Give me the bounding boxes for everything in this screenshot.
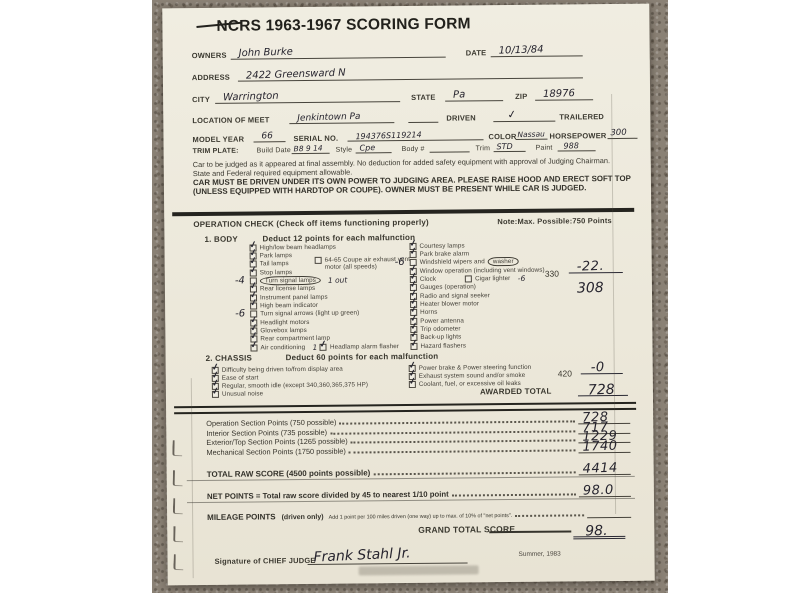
checkbox: [250, 344, 257, 351]
model-year-label: MODEL YEAR: [192, 135, 244, 144]
date-field: 10/13/84: [491, 42, 583, 57]
horsepower-value: 300: [610, 128, 627, 138]
awarded-total-label: AWARDED TOTAL: [480, 387, 552, 397]
address-label: ADDRESS: [192, 73, 230, 82]
margin-pen-mark: [172, 440, 182, 456]
trim-value: STD: [496, 142, 512, 151]
mileage-points-row: MILEAGE POINTS(driven only)Add 1 point p…: [207, 504, 631, 522]
operation-check-note: Note:Max. Possible:750 Points: [497, 216, 612, 226]
style-field: Cpe: [356, 140, 392, 153]
grand-total-value: 98.: [585, 523, 608, 540]
build-date-label: Build Date: [257, 147, 291, 154]
color-value: Nassau: [517, 129, 545, 139]
total-raw-score-field: 4414: [579, 459, 631, 475]
location-field: Jenkintown Pa: [289, 109, 394, 124]
pen-deduction: -6: [378, 257, 405, 269]
photo-background: NCRS 1963-1967 SCORING FORM OWNERS John …: [152, 0, 668, 593]
chassis-possible-points: 420: [558, 368, 572, 378]
checklist-item: Hazard flashers: [410, 341, 545, 351]
zip-value: 18976: [543, 88, 575, 100]
body-section-heading: 1. BODY: [204, 235, 238, 244]
city-field: Warrington: [215, 88, 400, 104]
margin-pen-mark: [173, 526, 183, 542]
checkbox: [410, 343, 417, 350]
driven-label: DRIVEN: [446, 113, 476, 122]
margin-pen-mark: [173, 470, 183, 486]
awarded-total-value: 728: [588, 382, 615, 399]
address-value: 2422 Greensward N: [246, 68, 346, 82]
form-title: NCRS 1963-1967 SCORING FORM: [216, 15, 471, 35]
address-field: 2422 Greensward N: [238, 64, 583, 81]
dot-leader: [452, 492, 576, 496]
zip-field: 18976: [535, 86, 593, 101]
checkbox: [320, 344, 327, 351]
chassis-checklist-left: Difficulty being driven to/from display …: [212, 364, 369, 398]
paint-value: 988: [563, 141, 579, 150]
city-value: Warrington: [223, 91, 279, 104]
pen-note: 1: [312, 343, 317, 352]
trim-label: Trim: [476, 145, 491, 152]
pen-deduction: -4: [218, 275, 245, 287]
note-paragraph-2: CAR MUST BE DRIVEN UNDER ITS OWN POWER T…: [193, 174, 639, 197]
owners-value: John Burke: [239, 47, 293, 60]
net-points-value: 98.0: [583, 483, 614, 499]
zip-label: ZIP: [515, 92, 527, 101]
driven-field: [408, 109, 438, 123]
body-checklist-right: Courtesy lamps Park brake alarm -6Windsh…: [409, 241, 545, 351]
checkbox: [465, 275, 472, 282]
form-revision-date: Summer, 1983: [518, 551, 560, 558]
build-date-field: B8 9 14: [292, 141, 330, 154]
city-label: CITY: [192, 95, 210, 104]
trim-field: STD: [494, 139, 526, 152]
operation-check-heading: OPERATION CHECK (Check off items functio…: [193, 218, 429, 229]
color-field: Nassau: [515, 126, 547, 140]
margin-pen-mark: [173, 498, 183, 514]
checkbox: [250, 269, 257, 276]
grand-total-dash: [489, 530, 571, 533]
score-value: 1740: [582, 439, 618, 455]
date-label: DATE: [466, 48, 487, 57]
state-label: STATE: [411, 93, 436, 102]
section-divider-rule: [172, 208, 634, 216]
mileage-mode: (driven only): [282, 514, 324, 521]
chief-judge-signature-label: Signature of CHIEF JUDGE: [215, 556, 316, 566]
checkbox: [212, 391, 219, 398]
style-value: Cpe: [359, 143, 375, 152]
checklist-item: Air conditioning1Headlamp alarm flasher: [250, 342, 399, 352]
trailered-field: ✓: [493, 108, 555, 123]
model-year-value: 66: [261, 131, 273, 141]
checkbox: [409, 381, 416, 388]
paint-label: Paint: [536, 145, 553, 152]
state-field: Pa: [445, 87, 503, 102]
chief-judge-signature: Frank Stahl Jr.: [313, 545, 411, 565]
trailered-label: TRAILERED: [559, 112, 604, 121]
checkbox: [315, 257, 322, 264]
owners-label: OWNERS: [192, 51, 227, 60]
chassis-deduction-value: -0: [590, 360, 604, 375]
model-year-field: 66: [253, 128, 285, 142]
awarded-total-field: 728: [578, 376, 628, 396]
total-raw-score-value: 4414: [582, 461, 618, 477]
faded-stamp-mark: [359, 565, 479, 575]
build-date-value: B8 9 14: [293, 144, 322, 154]
net-points-field: 98.0: [579, 481, 631, 497]
state-value: Pa: [453, 89, 466, 100]
trailered-checkmark: ✓: [506, 107, 517, 121]
grand-total-field: 98.: [573, 516, 625, 539]
trim-plate-label: TRIM PLATE:: [193, 148, 239, 155]
date-value: 10/13/84: [499, 44, 544, 56]
score-field: 1740: [578, 437, 630, 453]
dot-leader: [373, 470, 575, 475]
chassis-checklist-right: Power brake & Power steering function Ex…: [409, 363, 532, 389]
chassis-deduction-field: -0: [581, 356, 623, 374]
location-value: Jenkintown Pa: [297, 112, 360, 124]
style-label: Style: [336, 147, 353, 154]
pen-deduction: -6: [218, 309, 245, 321]
grand-total-label: GRAND TOTAL SCORE: [418, 524, 515, 535]
checkbox: [250, 303, 257, 310]
mileage-note: Add 1 point per 100 miles driven (one wa…: [329, 513, 513, 521]
margin-pen-mark: [173, 554, 183, 570]
location-label: LOCATION OF MEET: [192, 115, 269, 125]
body-deduction-value: -22.: [577, 259, 605, 275]
dot-leader: [349, 448, 576, 453]
chassis-deduct-rule: Deduct 60 points for each malfunction: [286, 352, 439, 362]
checklist-item: Unusual noise: [212, 389, 368, 399]
body-number-label: Body #: [402, 146, 425, 153]
body-number-field: [430, 139, 470, 152]
scoring-form-paper: NCRS 1963-1967 SCORING FORM OWNERS John …: [162, 4, 655, 586]
paint-field: 988: [558, 138, 596, 151]
owners-field: John Burke: [231, 44, 446, 60]
chief-judge-signature-field: Frank Stahl Jr.: [307, 547, 467, 565]
body-deduction-field: -22.: [569, 256, 623, 274]
body-subtotal-value: 308: [577, 280, 604, 297]
body-possible-points: 330: [545, 269, 559, 279]
checkbox: [410, 251, 417, 258]
